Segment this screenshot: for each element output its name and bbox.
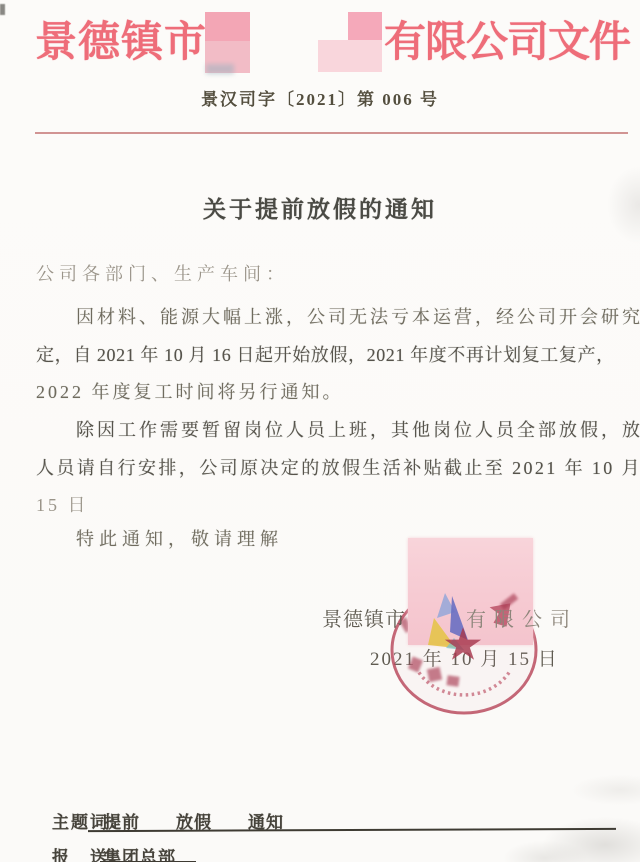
body-line-salutation: 公司各部门、生产车间： (36, 260, 632, 286)
org-name-prefix: 景德镇市 (35, 9, 207, 69)
org-name-suffix: 有限公司文件 (384, 9, 630, 69)
redaction-block (318, 12, 382, 72)
body-line: 因材料、能源大幅上涨，公司无法亏本运营，经公司开会研究决 (36, 303, 640, 329)
page-title: 关于提前放假的通知 (0, 191, 640, 224)
scan-artifact (0, 4, 5, 15)
doc-number: 景汉司字〔2021〕第 006 号 (0, 85, 640, 110)
signature-company-prefix: 景德镇市 (322, 603, 406, 632)
body-line: 15 日 (36, 491, 632, 517)
body-line: 人员请自行安排，公司原决定的放假生活补贴截止至 2021 年 10 月 (36, 454, 632, 480)
stamp-rim-glyph (446, 675, 459, 687)
redaction-block (205, 12, 250, 73)
body-line-closing: 特此通知，敬请理解 (36, 525, 640, 551)
body-line: 除因工作需要暂留岗位人员上班，其他岗位人员全部放假，放假 (36, 416, 640, 442)
document-page: 景德镇市 有限公司文件 景汉司字〔2021〕第 006 号 关于提前放假的通知 … (0, 0, 640, 862)
body-line: 2022 年度复工时间将另行通知。 (36, 378, 632, 404)
footer-cc-value: 集团总部 (104, 843, 176, 862)
signature-company-suffix: 有限公司 (466, 603, 578, 632)
stamp-rim-glyph (427, 667, 442, 682)
red-separator-line (35, 132, 628, 134)
body-line: 定，自 2021 年 10 月 16 日起开始放假，2021 年度不再计划复工复… (36, 341, 632, 367)
